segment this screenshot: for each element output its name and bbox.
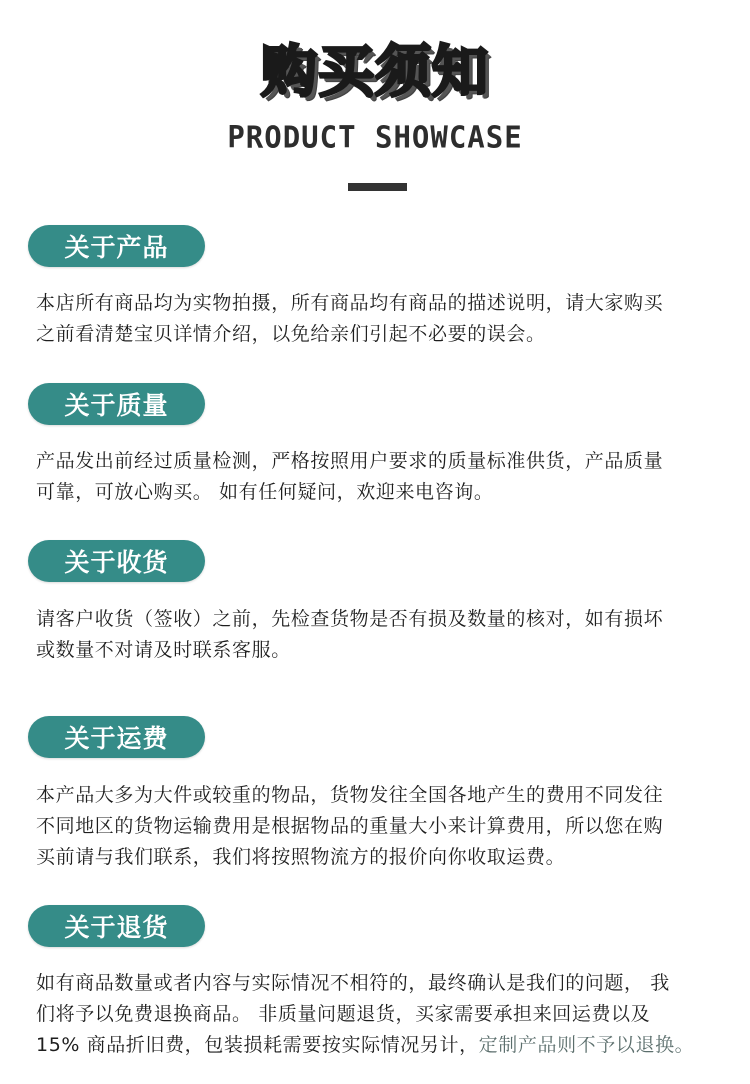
page-title: 购买须知 (0, 28, 750, 108)
title-divider (348, 183, 407, 191)
section-label-product: 关于产品 (28, 225, 205, 267)
text-line: 不同地区的货物运输费用是根据物品的重量大小来计算费用，所以您在购 (36, 811, 736, 842)
section-label-text: 关于质量 (64, 386, 168, 422)
text-line: 或数量不对请及时联系客服。 (36, 635, 736, 666)
text-line: 产品发出前经过质量检测，严格按照用户要求的质量标准供货，产品质量 (36, 446, 736, 477)
custom-product-notice: 定制产品则不予以退换。 (479, 1034, 695, 1056)
page-subtitle: PRODUCT SHOWCASE (0, 119, 750, 155)
text-line: 本店所有商品均为实物拍摄，所有商品均有商品的描述说明，请大家购买 (36, 288, 736, 319)
section-text-product: 本店所有商品均为实物拍摄，所有商品均有商品的描述说明，请大家购买 之前看清楚宝贝… (36, 288, 736, 350)
text-line: 如有商品数量或者内容与实际情况不相符的，最终确认是我们的问题， 我 (36, 968, 736, 999)
section-label-text: 关于收货 (64, 543, 168, 579)
section-label-receiving: 关于收货 (28, 540, 205, 582)
text-line: 15% 商品折旧费，包装损耗需要按实际情况另计，定制产品则不予以退换。 (36, 1030, 736, 1061)
text-line: 买前请与我们联系，我们将按照物流方的报价向你收取运费。 (36, 842, 736, 873)
text-line: 之前看清楚宝贝详情介绍，以免给亲们引起不必要的误会。 (36, 319, 736, 350)
section-label-quality: 关于质量 (28, 383, 205, 425)
text-line: 请客户收货（签收）之前，先检查货物是否有损及数量的核对，如有损坏 (36, 604, 736, 635)
section-text-quality: 产品发出前经过质量检测，严格按照用户要求的质量标准供货，产品质量 可靠，可放心购… (36, 446, 736, 508)
section-label-returns: 关于退货 (28, 905, 205, 947)
section-label-text: 关于退货 (64, 908, 168, 944)
section-label-text: 关于产品 (64, 228, 168, 264)
section-label-text: 关于运费 (64, 719, 168, 755)
section-text-shipping: 本产品大多为大件或较重的物品，货物发往全国各地产生的费用不同发往 不同地区的货物… (36, 780, 736, 873)
text-line: 们将予以免费退换商品。 非质量问题退货，买家需要承担来回运费以及 (36, 999, 736, 1030)
section-text-returns: 如有商品数量或者内容与实际情况不相符的，最终确认是我们的问题， 我 们将予以免费… (36, 968, 736, 1061)
section-label-shipping: 关于运费 (28, 716, 205, 758)
section-text-receiving: 请客户收货（签收）之前，先检查货物是否有损及数量的核对，如有损坏 或数量不对请及… (36, 604, 736, 666)
text-line: 可靠，可放心购买。 如有任何疑问，欢迎来电咨询。 (36, 477, 736, 508)
text-line: 本产品大多为大件或较重的物品，货物发往全国各地产生的费用不同发往 (36, 780, 736, 811)
text-line-part: 15% 商品折旧费，包装损耗需要按实际情况另计， (36, 1034, 479, 1056)
